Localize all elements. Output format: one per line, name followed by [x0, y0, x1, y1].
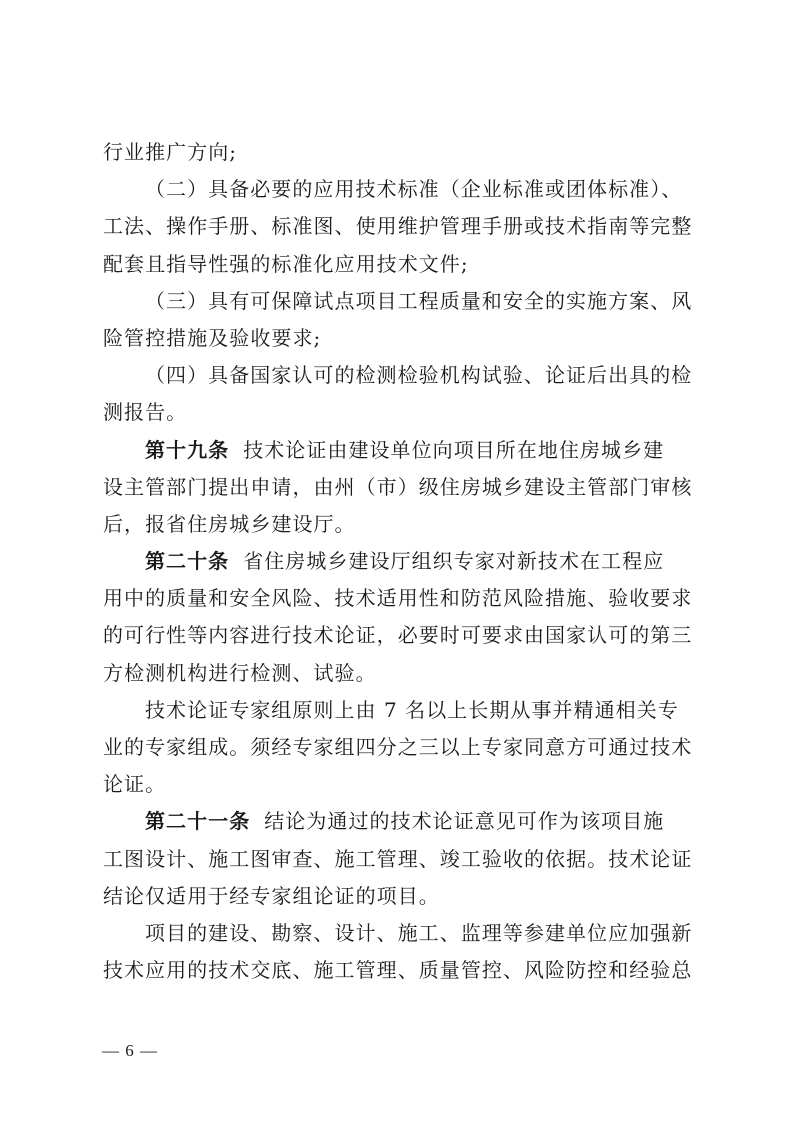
text-line: 工图设计、施工图审查、施工管理、竣工验收的依据。技术论证: [103, 841, 693, 878]
article-label: 第二十条: [145, 549, 229, 573]
document-body: 行业推广方向; （二）具备必要的应用技术标准（企业标准或团体标准）、 工法、操作…: [103, 134, 693, 989]
article-label: 第十九条: [145, 438, 229, 462]
text-line: 工法、操作手册、标准图、使用维护管理手册或技术指南等完整: [103, 208, 693, 245]
article-text: 结论为通过的技术论证意见可作为该项目施: [264, 809, 664, 833]
text-line: 配套且指导性强的标准化应用技术文件;: [103, 246, 693, 283]
text-line: 用中的质量和安全风险、技术适用性和防范风险措施、验收要求: [103, 580, 693, 617]
text-line: 的可行性等内容进行技术论证，必要时可要求由国家认可的第三: [103, 617, 693, 654]
text-line: 险管控措施及验收要求;: [103, 320, 693, 357]
text-line: 技术论证专家组原则上由 7 名以上长期从事并精通相关专: [103, 692, 693, 729]
text-line: 测报告。: [103, 394, 693, 431]
text-line: 行业推广方向;: [103, 134, 693, 171]
text-line: （二）具备必要的应用技术标准（企业标准或团体标准）、: [103, 171, 693, 208]
text-line: （四）具备国家认可的检测检验机构试验、论证后出具的检: [103, 357, 693, 394]
article-19-first-line: 第十九条技术论证由建设单位向项目所在地住房城乡建: [103, 432, 693, 469]
text-line: 后，报省住房城乡建设厅。: [103, 506, 693, 543]
text-line: 结论仅适用于经专家组论证的项目。: [103, 878, 693, 915]
text-line: 论证。: [103, 766, 693, 803]
text-line: 设主管部门提出申请，由州（市）级住房城乡建设主管部门审核: [103, 469, 693, 506]
text-line: （三）具有可保障试点项目工程质量和安全的实施方案、风: [103, 283, 693, 320]
text-line: 方检测机构进行检测、试验。: [103, 655, 693, 692]
article-21-first-line: 第二十一条结论为通过的技术论证意见可作为该项目施: [103, 803, 693, 840]
text-line: 业的专家组成。须经专家组四分之三以上专家同意方可通过技术: [103, 729, 693, 766]
text-line: 技术应用的技术交底、施工管理、质量管控、风险防控和经验总: [103, 952, 693, 989]
article-text: 省住房城乡建设厅组织专家对新技术在工程应: [243, 549, 664, 573]
article-text: 技术论证由建设单位向项目所在地住房城乡建: [243, 438, 664, 462]
text-line: 项目的建设、勘察、设计、施工、监理等参建单位应加强新: [103, 915, 693, 952]
article-label: 第二十一条: [145, 809, 250, 833]
article-20-first-line: 第二十条省住房城乡建设厅组织专家对新技术在工程应: [103, 543, 693, 580]
page-number: — 6 —: [102, 1041, 158, 1061]
